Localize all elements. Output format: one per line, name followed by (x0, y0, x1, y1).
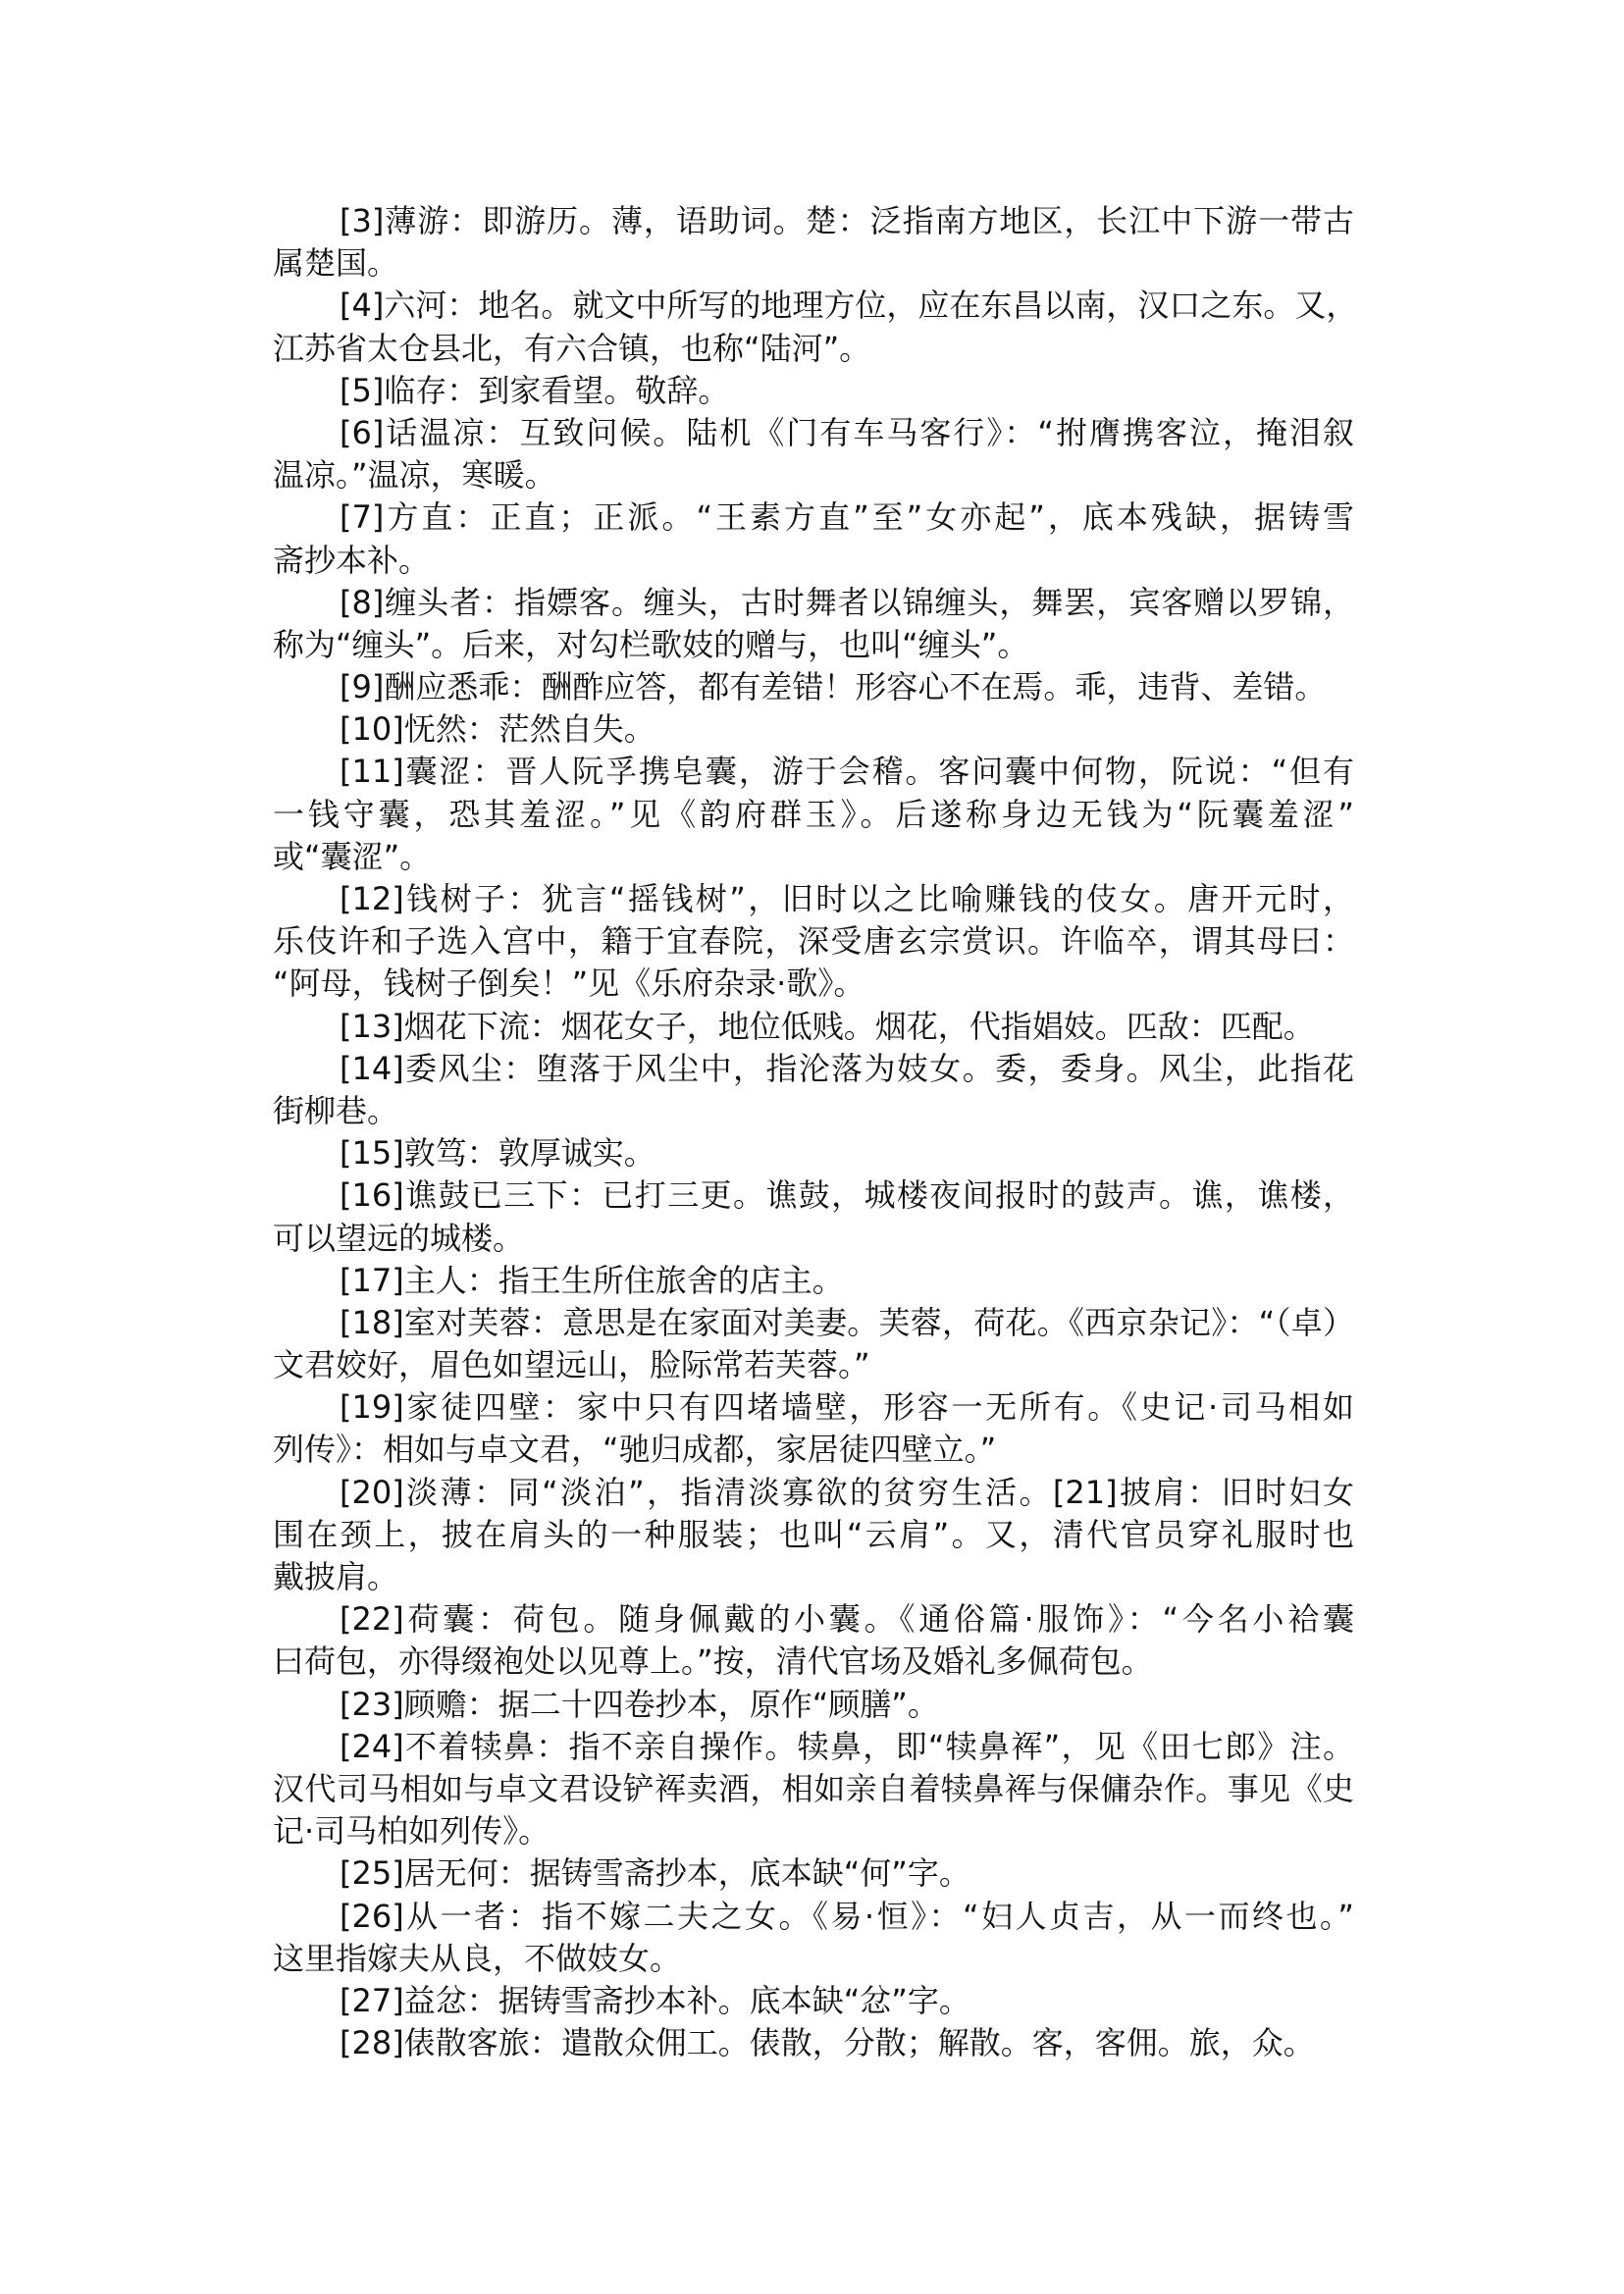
footnote-10: [10]怃然：茫然自失。 (273, 708, 1354, 751)
footnote-20-21: [20]淡薄：同“淡泊”，指清淡寡欲的贫穷生活。[21]披肩：旧时妇女 围在颈上… (273, 1472, 1354, 1599)
footnote-28: [28]俵散客旅：遣散众佣工。俵散，分散；解散。客，客佣。旅，众。 (273, 2022, 1354, 2064)
footnote-24: [24]不着犊鼻：指不亲自操作。犊鼻，即“犊鼻裈”，见《田七郎》注。 汉代司马相… (273, 1726, 1354, 1853)
note-line: [22]荷囊：荷包。随身佩戴的小囊。《通俗篇·服饰》：“今名小袷囊 (273, 1598, 1354, 1641)
note-line: [4]六河：地名。就文中所写的地理方位，应在东昌以南，汉口之东。又， (273, 285, 1354, 327)
footnote-6: [6]话温凉：互致问候。陆机《门有车马客行》：“拊膺携客泣，掩泪叙 温凉。”温凉… (273, 412, 1354, 496)
note-line: [14]委风尘：堕落于风尘中，指沦落为妓女。委，委身。风尘，此指花 (273, 1048, 1354, 1090)
note-line: 斋抄本补。 (273, 540, 1354, 582)
note-line: 列传》：相如与卓文君，“驰归成都，家居徒四壁立。” (273, 1429, 1354, 1471)
footnote-26: [26]从一者：指不嫁二夫之女。《易·恒》：“妇人贞吉，从一而终也。” 这里指嫁… (273, 1896, 1354, 1980)
note-line: 文君姣好，眉色如望远山，脸际常若芙蓉。” (273, 1344, 1354, 1386)
note-line: 温凉。”温凉，寒暖。 (273, 454, 1354, 496)
note-line: 可以望远的城楼。 (273, 1218, 1354, 1260)
note-line: 或“囊涩”。 (273, 836, 1354, 878)
note-line: [16]谯鼓已三下：已打三更。谯鼓，城楼夜间报时的鼓声。谯，谯楼， (273, 1174, 1354, 1217)
footnote-9: [9]酬应悉乖：酬酢应答，都有差错！形容心不在焉。乖，违背、差错。 (273, 666, 1354, 708)
footnote-19: [19]家徒四壁：家中只有四堵墙壁，形容一无所有。《史记·司马相如 列传》：相如… (273, 1386, 1354, 1471)
note-line: [20]淡薄：同“淡泊”，指清淡寡欲的贫穷生活。[21]披肩：旧时妇女 (273, 1472, 1354, 1514)
note-line: [9]酬应悉乖：酬酢应答，都有差错！形容心不在焉。乖，违背、差错。 (273, 666, 1354, 708)
note-line: 记·司马柏如列传》。 (273, 1810, 1354, 1852)
note-line: [8]缠头者：指嫖客。缠头，古时舞者以锦缠头，舞罢，宾客赠以罗锦， (273, 582, 1354, 624)
note-line: 属楚国。 (273, 242, 1354, 285)
footnote-18: [18]室对芙蓉：意思是在家面对美妻。芙蓉，荷花。《西京杂记》：“（卓） 文君姣… (273, 1302, 1354, 1386)
note-line: 称为“缠头”。后来，对勾栏歌妓的赠与，也叫“缠头”。 (273, 624, 1354, 666)
footnote-16: [16]谯鼓已三下：已打三更。谯鼓，城楼夜间报时的鼓声。谯，谯楼， 可以望远的城… (273, 1174, 1354, 1259)
footnote-27: [27]益忿：据铸雪斋抄本补。底本缺“忿”字。 (273, 1980, 1354, 2022)
footnote-25: [25]居无何：据铸雪斋抄本，底本缺“何”字。 (273, 1852, 1354, 1895)
note-line: 戴披肩。 (273, 1556, 1354, 1598)
document-page: [3]薄游：即游历。薄，语助词。楚：泛指南方地区，长江中下游一带古 属楚国。 [… (273, 200, 1354, 2064)
note-line: “阿母，钱树子倒矣！”见《乐府杂录·歌》。 (273, 963, 1354, 1005)
note-line: [26]从一者：指不嫁二夫之女。《易·恒》：“妇人贞吉，从一而终也。” (273, 1896, 1354, 1938)
note-line: 街柳巷。 (273, 1090, 1354, 1132)
note-line: 曰荷包，亦得缀袍处以见尊上。”按，清代官场及婚礼多佩荷包。 (273, 1641, 1354, 1683)
note-line: 围在颈上，披在肩头的一种服装；也叫“云肩”。又，清代官员穿礼服时也 (273, 1514, 1354, 1556)
note-line: [19]家徒四壁：家中只有四堵墙壁，形容一无所有。《史记·司马相如 (273, 1386, 1354, 1429)
footnote-3: [3]薄游：即游历。薄，语助词。楚：泛指南方地区，长江中下游一带古 属楚国。 (273, 200, 1354, 285)
note-line: [12]钱树子：犹言“摇钱树”，旧时以之比喻赚钱的伎女。唐开元时， (273, 878, 1354, 920)
note-line: [5]临存：到家看望。敬辞。 (273, 370, 1354, 412)
footnote-11: [11]囊涩：晋人阮孚携皂囊，游于会稽。客问囊中何物，阮说：“但有 一钱守囊，恐… (273, 751, 1354, 878)
footnote-7: [7]方直：正直；正派。“王素方直”至”女亦起”，底本残缺，据铸雪 斋抄本补。 (273, 496, 1354, 581)
footnote-22: [22]荷囊：荷包。随身佩戴的小囊。《通俗篇·服饰》：“今名小袷囊 曰荷包，亦得… (273, 1598, 1354, 1683)
footnote-8: [8]缠头者：指嫖客。缠头，古时舞者以锦缠头，舞罢，宾客赠以罗锦， 称为“缠头”… (273, 582, 1354, 666)
note-line: [7]方直：正直；正派。“王素方直”至”女亦起”，底本残缺，据铸雪 (273, 496, 1354, 539)
note-line: [6]话温凉：互致问候。陆机《门有车马客行》：“拊膺携客泣，掩泪叙 (273, 412, 1354, 454)
note-line: [13]烟花下流：烟花女子，地位低贱。烟花，代指娼妓。匹敌：匹配。 (273, 1006, 1354, 1048)
note-line: 乐伎许和子选入宫中，籍于宜春院，深受唐玄宗赏识。许临卒，谓其母曰： (273, 920, 1354, 963)
note-line: [24]不着犊鼻：指不亲自操作。犊鼻，即“犊鼻裈”，见《田七郎》注。 (273, 1726, 1354, 1768)
note-line: [27]益忿：据铸雪斋抄本补。底本缺“忿”字。 (273, 1980, 1354, 2022)
note-line: [18]室对芙蓉：意思是在家面对美妻。芙蓉，荷花。《西京杂记》：“（卓） (273, 1302, 1354, 1344)
note-line: [11]囊涩：晋人阮孚携皂囊，游于会稽。客问囊中何物，阮说：“但有 (273, 751, 1354, 793)
footnote-5: [5]临存：到家看望。敬辞。 (273, 370, 1354, 412)
note-line: [10]怃然：茫然自失。 (273, 708, 1354, 751)
footnote-23: [23]顾赡：据二十四卷抄本，原作“顾膳”。 (273, 1684, 1354, 1726)
footnote-4: [4]六河：地名。就文中所写的地理方位，应在东昌以南，汉口之东。又， 江苏省太仓… (273, 285, 1354, 369)
footnote-14: [14]委风尘：堕落于风尘中，指沦落为妓女。委，委身。风尘，此指花 街柳巷。 (273, 1048, 1354, 1132)
note-line: 一钱守囊，恐其羞涩。”见《韵府群玉》。后遂称身边无钱为“阮囊羞涩” (273, 794, 1354, 836)
note-line: [17]主人：指王生所住旅舍的店主。 (273, 1260, 1354, 1302)
note-line: 汉代司马相如与卓文君设铲裈卖酒，相如亲自着犊鼻裈与保傭杂作。事见《史 (273, 1768, 1354, 1810)
note-line: [23]顾赡：据二十四卷抄本，原作“顾膳”。 (273, 1684, 1354, 1726)
note-line: 这里指嫁夫从良，不做妓女。 (273, 1938, 1354, 1980)
footnote-17: [17]主人：指王生所住旅舍的店主。 (273, 1260, 1354, 1302)
note-line: [3]薄游：即游历。薄，语助词。楚：泛指南方地区，长江中下游一带古 (273, 200, 1354, 242)
footnote-12: [12]钱树子：犹言“摇钱树”，旧时以之比喻赚钱的伎女。唐开元时， 乐伎许和子选… (273, 878, 1354, 1006)
note-line: [25]居无何：据铸雪斋抄本，底本缺“何”字。 (273, 1852, 1354, 1895)
footnote-13: [13]烟花下流：烟花女子，地位低贱。烟花，代指娼妓。匹敌：匹配。 (273, 1006, 1354, 1048)
note-line: [15]敦笃：敦厚诚实。 (273, 1132, 1354, 1174)
footnote-15: [15]敦笃：敦厚诚实。 (273, 1132, 1354, 1174)
note-line: [28]俵散客旅：遣散众佣工。俵散，分散；解散。客，客佣。旅，众。 (273, 2022, 1354, 2064)
note-line: 江苏省太仓县北，有六合镇，也称“陆河”。 (273, 328, 1354, 370)
